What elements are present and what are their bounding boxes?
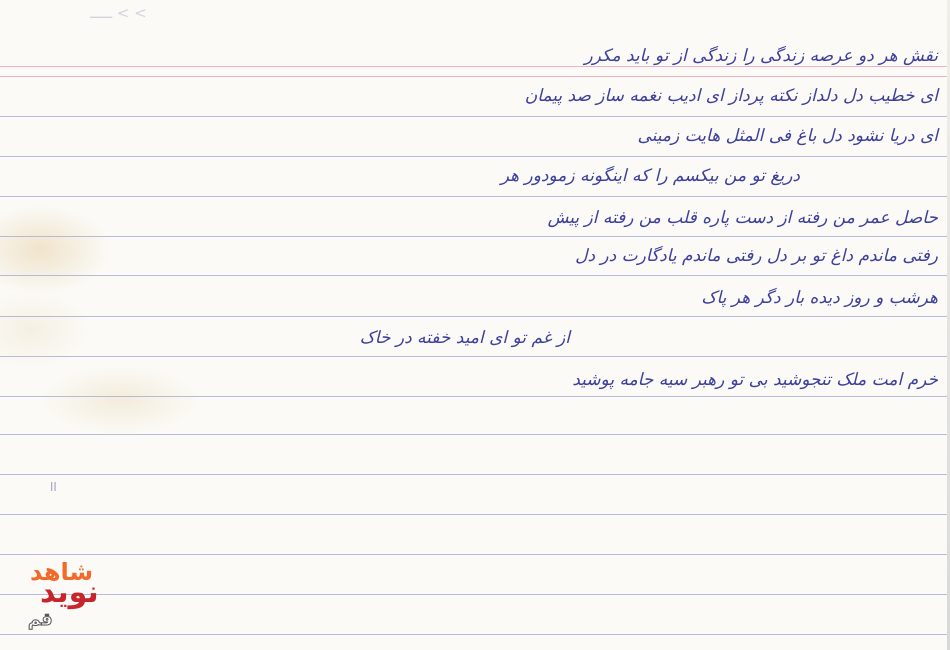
scanned-notebook-page: > > ـــــ اا نقش هر دو عرصه زندگی را زند… xyxy=(0,0,950,650)
poem-line-8: از غم تو ای امید خفته در خاک xyxy=(360,328,570,348)
ruled-line xyxy=(0,474,950,475)
red-margin-rule xyxy=(0,76,950,77)
ruled-line xyxy=(0,196,950,197)
ruled-line xyxy=(0,275,950,276)
poem-line-5: حاصل عمر من رفته از دست پاره قلب من رفته… xyxy=(548,208,938,228)
poem-line-3: ای دریا نشود دل باغ فی المثل هایت زمینی xyxy=(637,126,938,146)
ruled-line xyxy=(0,554,950,555)
ruled-line xyxy=(0,594,950,595)
faint-pencil-marks: > > ـــــ xyxy=(90,4,147,22)
margin-mark: اا xyxy=(50,480,57,494)
poem-line-7: هرشب و روز دیده بار دگر هر پاک xyxy=(701,288,938,308)
ruled-line xyxy=(0,434,950,435)
ruled-line xyxy=(0,514,950,515)
red-margin-rule xyxy=(0,66,950,67)
ruled-line xyxy=(0,116,950,117)
poem-line-2: ای خطیب دل دلداز نکته پرداز ای ادیب نغمه… xyxy=(525,86,938,106)
ruled-line xyxy=(0,634,950,635)
ruled-line xyxy=(0,156,950,157)
ruled-line xyxy=(0,316,950,317)
shahed-navid-qom-logo: شاهد نوید قم xyxy=(26,560,116,640)
poem-line-6: رفتی ماندم داغ تو بر دل رفتی ماندم یادگا… xyxy=(575,246,938,266)
ruled-line xyxy=(0,356,950,357)
logo-word-qom: قم xyxy=(28,612,52,629)
poem-line-9: خرم امت ملک تنجوشید بی تو رهبر سیه جامه … xyxy=(572,370,938,390)
ruled-line xyxy=(0,396,950,397)
poem-line-1: نقش هر دو عرصه زندگی را زندگی از تو باید… xyxy=(584,46,938,66)
ruled-line xyxy=(0,236,950,237)
poem-line-4: دریغ تو من بیکسم را که اینگونه زمودور هر xyxy=(501,166,800,186)
logo-word-navid: نوید xyxy=(40,578,99,608)
